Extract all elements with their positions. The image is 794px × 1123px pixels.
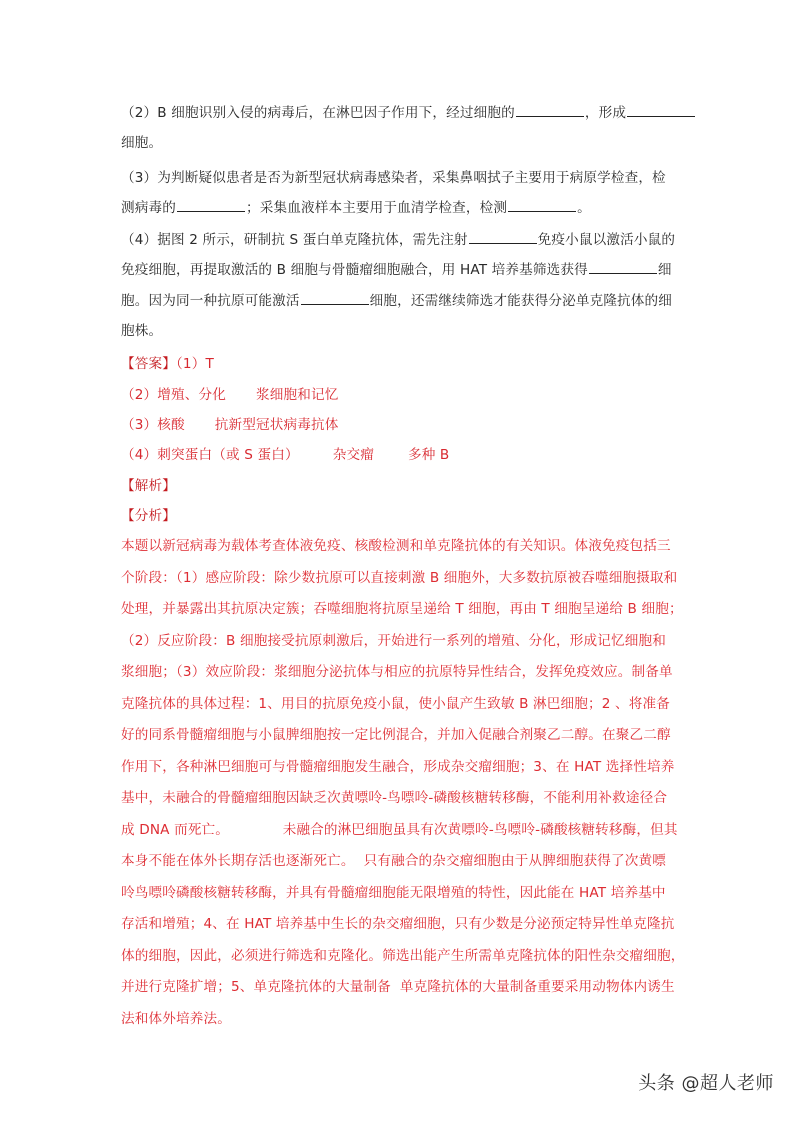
analysis-line: 基中，未融合的骨髓瘤细胞因缺乏次黄嘌呤-鸟嘌呤-磷酸核糖转移酶，不能利用补救途径…: [121, 783, 677, 815]
answer-text: （1）T: [176, 356, 214, 372]
question-text: （4）据图 2 所示，研制抗 S 蛋白单克隆抗体，需先注射: [121, 232, 468, 248]
answer-blank: [301, 289, 369, 305]
answer-text: 刺突蛋白（或 S 蛋白）: [157, 447, 298, 463]
page-content: （2）B 细胞识别入侵的病毒后，在淋巴因子作用下，经过细胞的，形成 细胞。 （3…: [121, 98, 677, 1035]
analysis-tag: 【分析】: [121, 501, 677, 531]
analysis-line: （2）反应阶段：B 细胞接受抗原刺激后，开始进行一系列的增殖、分化，形成记忆细胞…: [121, 626, 677, 658]
question-text: （3）为判断疑似患者是否为新型冠状病毒感染者，采集鼻咽拭子主要用于病原学检查，检: [121, 170, 666, 186]
analysis-line: 个阶段：（1）感应阶段：除少数抗原可以直接刺激 B 细胞外，大多数抗原被吞噬细胞…: [121, 563, 677, 595]
question-3-line-2: 测病毒的；采集血液样本主要用于血清学检查，检测。: [121, 193, 677, 223]
document-page: （2）B 细胞识别入侵的病毒后，在淋巴因子作用下，经过细胞的，形成 细胞。 （3…: [0, 0, 794, 1123]
answer-line-4: （4）刺突蛋白（或 S 蛋白）杂交瘤多种 B: [121, 440, 677, 470]
analysis-body: 本题以新冠病毒为载体考查体液免疫、核酸检测和单克隆抗体的有关知识。体液免疫包括三…: [121, 531, 677, 1035]
question-text: 细胞，还需继续筛选才能获得分泌单克隆抗体的细: [370, 293, 672, 309]
question-4-line-3: 胞。因为同一种抗原可能激活细胞，还需继续筛选才能获得分泌单克隆抗体的细: [121, 286, 677, 316]
answer-text: 杂交瘤: [333, 447, 374, 463]
analysis-line: 本题以新冠病毒为载体考查体液免疫、核酸检测和单克隆抗体的有关知识。体液免疫包括三: [121, 531, 677, 563]
explanation-tag: 【解析】: [121, 471, 677, 501]
question-text: ；采集血液样本主要用于血清学检查，检测: [246, 200, 507, 216]
answer-blank: [177, 196, 245, 212]
question-2-line-1: （2）B 细胞识别入侵的病毒后，在淋巴因子作用下，经过细胞的，形成: [121, 98, 677, 128]
answer-prefix: （3）: [121, 417, 157, 433]
analysis-line: 克隆抗体的具体过程：1、用目的抗原免疫小鼠，使小鼠产生致敏 B 淋巴细胞；2 、…: [121, 689, 677, 721]
answer-blank: [469, 228, 537, 244]
analysis-line: 作用下，各种淋巴细胞可与骨髓瘤细胞发生融合，形成杂交瘤细胞；3、在 HAT 选择…: [121, 752, 677, 784]
question-4-line-4: 胞株。: [121, 316, 677, 346]
analysis-line: 并进行克隆扩增；5、单克隆抗体的大量制备 单克隆抗体的大量制备重要采用动物体内诱…: [121, 972, 677, 1004]
analysis-line: 成 DNA 而死亡。 未融合的淋巴细胞虽具有次黄嘌呤-鸟嘌呤-磷酸核糖转移酶，但…: [121, 815, 677, 847]
answer-blank: [508, 196, 576, 212]
answer-blank: [516, 101, 584, 117]
question-3-line-1: （3）为判断疑似患者是否为新型冠状病毒感染者，采集鼻咽拭子主要用于病原学检查，检: [121, 163, 677, 193]
answer-line-1: 【答案】（1）T: [121, 349, 677, 379]
answer-text: 多种 B: [408, 447, 449, 463]
question-text: 测病毒的: [121, 200, 176, 216]
question-text: 。: [577, 200, 591, 216]
answer-blank: [627, 101, 695, 117]
question-text: 免疫细胞，再提取激活的 B 细胞与骨髓瘤细胞融合，用 HAT 培养基筛选获得: [121, 262, 588, 278]
question-text: ，形成: [585, 105, 626, 121]
question-text: 免疫小鼠以激活小鼠的: [538, 232, 675, 248]
question-4-line-1: （4）据图 2 所示，研制抗 S 蛋白单克隆抗体，需先注射免疫小鼠以激活小鼠的: [121, 225, 677, 255]
analysis-line: 好的同系骨髓瘤细胞与小鼠脾细胞按一定比例混合，并加入促融合剂聚乙二醇。在聚乙二醇: [121, 720, 677, 752]
answer-text: 浆细胞和记忆: [256, 387, 338, 403]
question-text: 细胞。: [121, 135, 162, 151]
answer-text: 抗新型冠状病毒抗体: [215, 417, 339, 433]
answer-prefix: （4）: [121, 447, 157, 463]
analysis-line: 呤鸟嘌呤磷酸核糖转移酶，并具有骨髓瘤细胞能无限增殖的特性，因此能在 HAT 培养…: [121, 878, 677, 910]
answer-blank: [589, 258, 657, 274]
analysis-line: 本身不能在体外长期存活也逐渐死亡。 只有融合的杂交瘤细胞由于从脾细胞获得了次黄嘌: [121, 846, 677, 878]
answer-line-2: （2）增殖、分化浆细胞和记忆: [121, 380, 677, 410]
question-text: 胞株。: [121, 323, 162, 339]
answer-text: 核酸: [157, 417, 185, 433]
question-text: （2）B 细胞识别入侵的病毒后，在淋巴因子作用下，经过细胞的: [121, 105, 515, 121]
analysis-line: 存活和增殖；4、在 HAT 培养基中生长的杂交瘤细胞，只有少数是分泌预定特异性单…: [121, 909, 677, 941]
question-text: 胞。因为同一种抗原可能激活: [121, 293, 300, 309]
watermark: 头条 @超人老师: [638, 1069, 774, 1095]
analysis-line: 处理，并暴露出其抗原决定簇；吞噬细胞将抗原呈递给 T 细胞，再由 T 细胞呈递给…: [121, 594, 677, 626]
analysis-line: 浆细胞；（3）效应阶段：浆细胞分泌抗体与相应的抗原特异性结合，发挥免疫效应。制备…: [121, 657, 677, 689]
question-text: 细: [658, 262, 672, 278]
analysis-line: 体的细胞，因此，必须进行筛选和克隆化。筛选出能产生所需单克隆抗体的阳性杂交瘤细胞…: [121, 941, 677, 973]
answer-prefix: （2）: [121, 387, 157, 403]
answer-tag: 【答案】: [121, 356, 176, 372]
answer-text: 增殖、分化: [157, 387, 226, 403]
analysis-line: 法和体外培养法。: [121, 1004, 677, 1036]
question-2-line-2: 细胞。: [121, 128, 677, 158]
question-4-line-2: 免疫细胞，再提取激活的 B 细胞与骨髓瘤细胞融合，用 HAT 培养基筛选获得细: [121, 255, 677, 285]
answer-line-3: （3）核酸抗新型冠状病毒抗体: [121, 410, 677, 440]
